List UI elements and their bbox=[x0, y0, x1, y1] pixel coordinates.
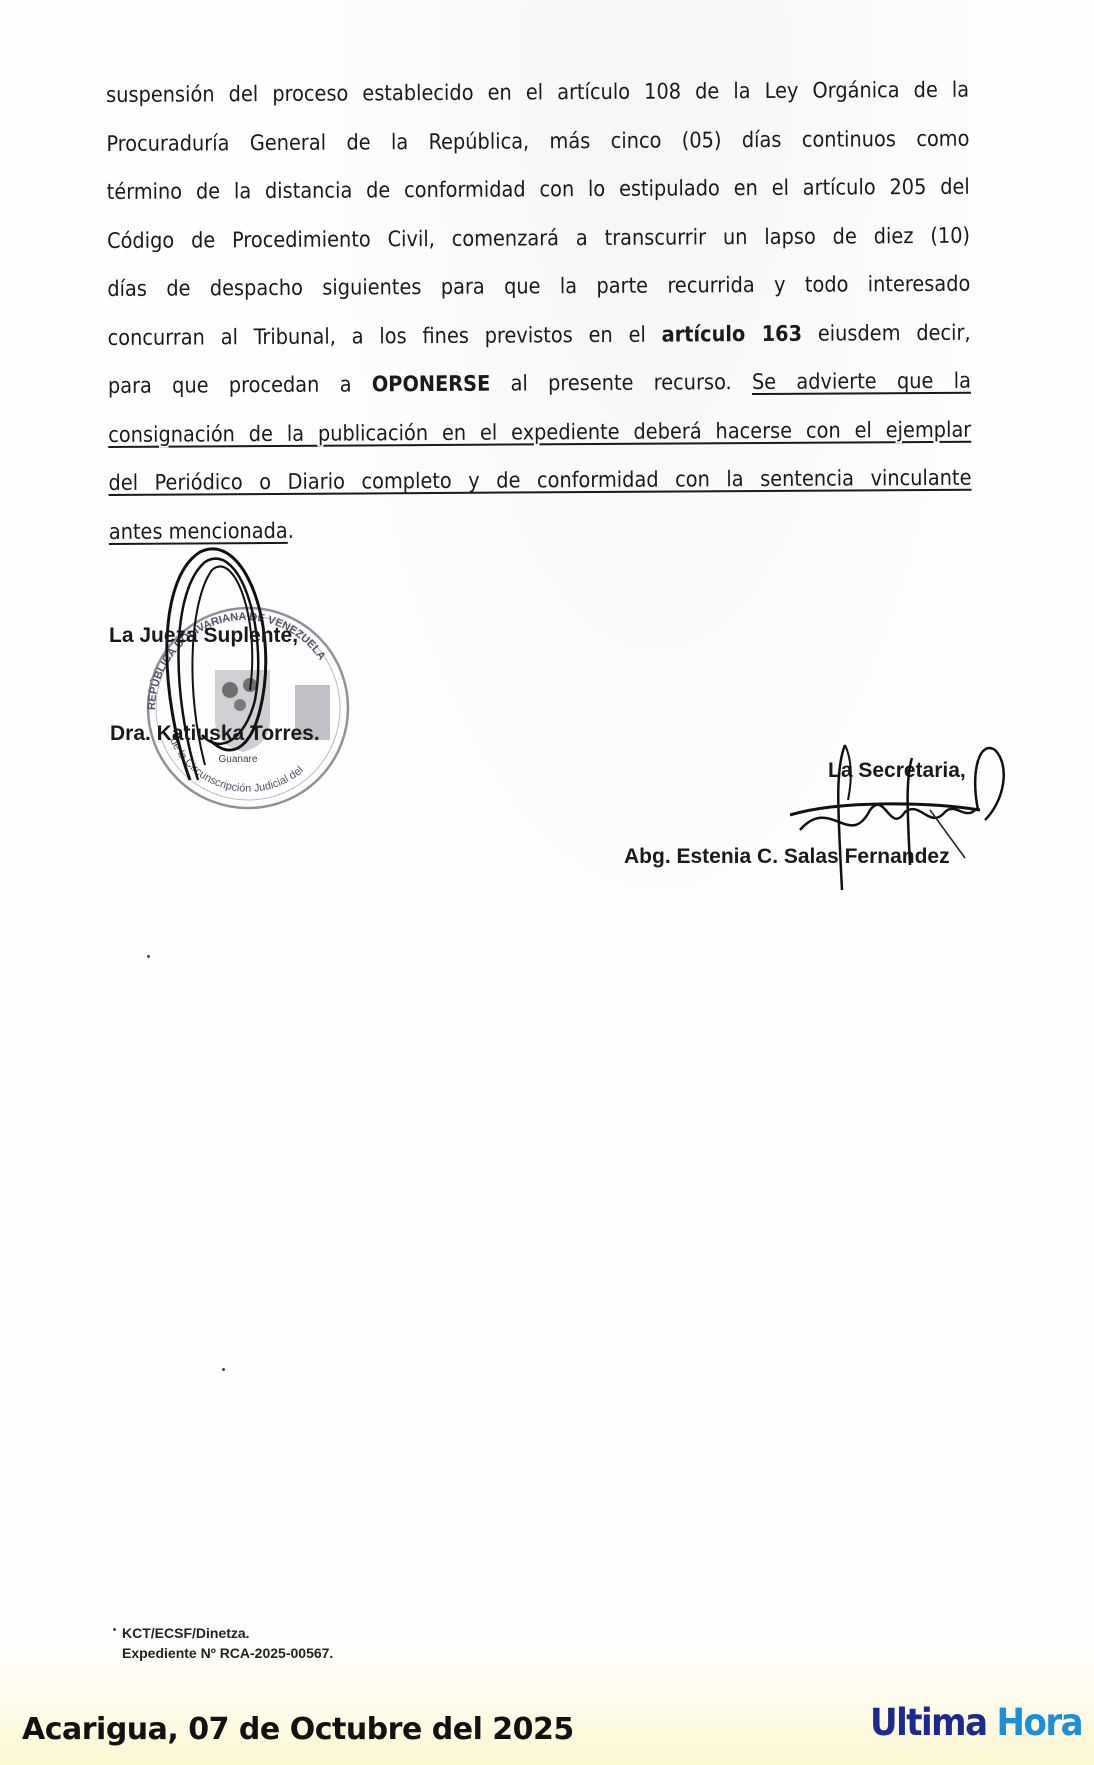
paragraph-line: consignación de la publicación en el exp… bbox=[108, 406, 971, 460]
text-run: para que procedan a bbox=[108, 372, 372, 399]
paragraph-line: concurran al Tribunal, a los fines previ… bbox=[107, 309, 970, 363]
text-run: al presente recurso. bbox=[490, 370, 752, 397]
bold-text: OPONERSE bbox=[372, 372, 491, 398]
scan-speck bbox=[113, 1628, 116, 1631]
text-run: eiusdem decir, bbox=[802, 320, 971, 346]
underlined-text: del Periódico o Diario completo y de con… bbox=[108, 466, 971, 496]
paragraph-line: para que procedan a OPONERSE al presente… bbox=[108, 358, 971, 412]
text-run: suspensión del proceso establecido en el… bbox=[106, 78, 969, 108]
underlined-text: antes mencionada bbox=[109, 518, 288, 544]
text-run: Procuraduría General de la República, má… bbox=[106, 126, 969, 156]
document-body-paragraph: suspensión del proceso establecido en el… bbox=[106, 67, 972, 557]
case-number: Expediente Nº RCA-2025-00567. bbox=[122, 1643, 333, 1663]
text-run: Código de Procedimiento Civil, comenzará… bbox=[107, 223, 970, 253]
text-run: término de la distancia de conformidad c… bbox=[107, 175, 970, 205]
judge-name: Dra. Katiuska Torres. bbox=[110, 722, 320, 746]
paragraph-line: días de despacho siguientes para que la … bbox=[107, 261, 970, 315]
person-carrying-box-icon bbox=[1084, 1698, 1094, 1748]
stamp-city-text: Guanare bbox=[219, 754, 258, 765]
paragraph-line: antes mencionada. bbox=[109, 503, 972, 557]
text-run: . bbox=[288, 518, 294, 543]
bold-text: artículo 163 bbox=[662, 321, 803, 347]
secretary-name: Abg. Estenia C. Salas Fernandez bbox=[624, 845, 950, 869]
scan-speck bbox=[222, 1368, 225, 1371]
ultima-hora-logo: Ultima Hora bbox=[870, 1700, 1094, 1746]
paragraph-line: Código de Procedimiento Civil, comenzará… bbox=[107, 212, 970, 266]
logo-word-ultima: Ultima bbox=[870, 1701, 987, 1745]
document-reference: KCT/ECSF/Dinetza. Expediente Nº RCA-2025… bbox=[122, 1623, 333, 1663]
underlined-text: Se advierte que la bbox=[752, 369, 971, 395]
secretary-title: La Secretaria, bbox=[828, 759, 966, 783]
paragraph-line: del Periódico o Diario completo y de con… bbox=[108, 455, 971, 509]
paragraph-line: suspensión del proceso establecido en el… bbox=[106, 67, 969, 121]
judge-title: La Jueza Suplente, bbox=[109, 624, 298, 648]
publication-dateline: Acarigua, 07 de Octubre del 2025 bbox=[22, 1712, 574, 1747]
logo-word-hora: Hora bbox=[997, 1701, 1083, 1745]
paragraph-line: Procuraduría General de la República, má… bbox=[106, 115, 969, 169]
reference-initials: KCT/ECSF/Dinetza. bbox=[122, 1623, 333, 1643]
text-run: concurran al Tribunal, a los fines previ… bbox=[108, 322, 662, 350]
paragraph-line: término de la distancia de conformidad c… bbox=[107, 164, 970, 218]
scan-speck bbox=[147, 955, 150, 958]
text-run: días de despacho siguientes para que la … bbox=[107, 272, 970, 302]
underlined-text: consignación de la publicación en el exp… bbox=[108, 417, 971, 447]
